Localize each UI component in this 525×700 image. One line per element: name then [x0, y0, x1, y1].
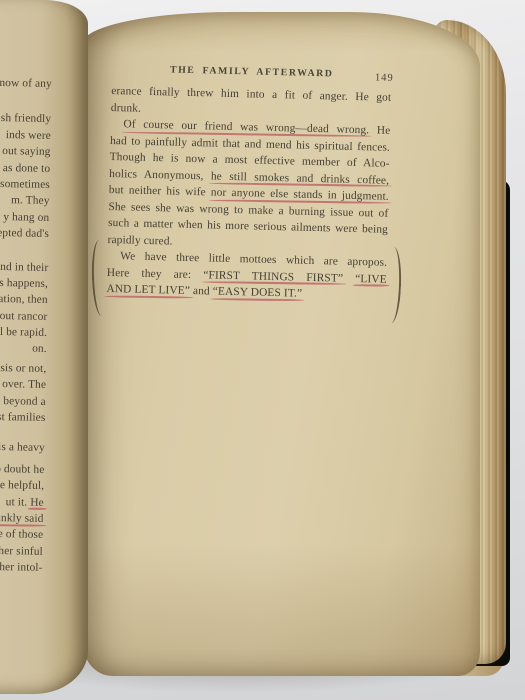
- red-underlined-text: frankly said: [0, 512, 44, 525]
- book-photo: now of any sh friendly inds were out say…: [0, 0, 525, 700]
- text-fragment: epted dad's: [0, 227, 49, 240]
- text-fragment: but neither his wife: [109, 184, 211, 198]
- text-fragment: drunk.: [111, 101, 141, 114]
- text-line: nd in their: [0, 257, 48, 276]
- text-line: o doubt he: [0, 459, 45, 478]
- text-fragment: l be rapid.: [0, 326, 47, 339]
- red-underlined-text: he still smokes and drinks coffee,: [211, 170, 389, 186]
- page-number: 149: [375, 70, 394, 87]
- text-line: sometimes: [0, 174, 50, 193]
- text-fragment: cation, then: [0, 293, 48, 306]
- red-underlined-text: Of course our friend was wrong—dead wron…: [123, 118, 369, 136]
- red-underlined-text: AND LET LIVE”: [106, 283, 190, 297]
- text-fragment: is happens,: [0, 277, 48, 290]
- text-fragment: out saying: [2, 145, 51, 158]
- text-line: frankly said: [0, 508, 44, 527]
- text-line: her intol-: [0, 557, 43, 576]
- text-fragment: y hang on: [3, 211, 49, 224]
- text-line: ne of those: [0, 525, 43, 544]
- text-line: ut it. He: [0, 492, 44, 511]
- text-line: asis or not,: [0, 358, 47, 377]
- text-fragment: He: [369, 124, 390, 137]
- chapter-title: THE FAMILY AFTERWARD: [170, 64, 334, 79]
- text-line: y hang on: [0, 207, 49, 226]
- text-fragment: on.: [32, 343, 47, 355]
- text-fragment: [343, 272, 355, 284]
- red-underlined-text: He: [30, 496, 44, 508]
- text-line: is happens,: [0, 273, 48, 292]
- text-fragment: m. They: [11, 195, 50, 208]
- text-fragment: ut it.: [6, 496, 31, 508]
- text-fragment: sh friendly: [1, 112, 52, 125]
- text-fragment: over. The: [2, 378, 46, 391]
- red-underlined-text: nor anyone else stands in judgment.: [211, 186, 389, 202]
- text-fragment: ne of those: [0, 528, 43, 541]
- text-line: out saying: [0, 142, 51, 161]
- text-fragment: s beyond a: [0, 395, 46, 408]
- text-line: ost families: [0, 407, 46, 426]
- text-line: m. They: [0, 191, 50, 210]
- text-fragment: and: [190, 285, 213, 298]
- text-fragment: ather sinful: [0, 545, 43, 558]
- text-fragment: be helpful,: [0, 479, 44, 492]
- text-fragment: Here they are:: [107, 266, 204, 280]
- text-line: l be rapid.: [0, 322, 47, 341]
- text-fragment: now of any: [0, 77, 52, 90]
- text-fragment: s is a heavy: [0, 441, 45, 454]
- text-fragment: nd in their: [0, 261, 48, 274]
- text-line: ather sinful: [0, 541, 43, 560]
- text-line: epted dad's: [0, 223, 49, 242]
- text-line: sh friendly: [0, 109, 51, 128]
- text-line: s beyond a: [0, 391, 46, 410]
- text-fragment: asis or not,: [0, 362, 46, 375]
- text-line: on.: [0, 339, 47, 358]
- red-underlined-text: “EASY DOES IT.”: [213, 286, 303, 300]
- red-underlined-text: “LIVE: [355, 273, 387, 286]
- text-line: over. The: [0, 375, 46, 394]
- right-page-text: THE FAMILY AFTERWARD 149 erance finally …: [106, 61, 392, 304]
- text-line: cation, then: [0, 290, 48, 309]
- text-fragment: rapidly cured.: [107, 233, 172, 247]
- text-fragment: as done to: [3, 162, 51, 175]
- text-fragment: ost families: [0, 411, 46, 424]
- text-fragment: sometimes: [0, 178, 50, 191]
- text-line: out rancor: [0, 306, 48, 325]
- text-fragment: holics Anonymous,: [109, 167, 211, 181]
- text-fragment: her intol-: [0, 561, 43, 574]
- text-fragment: inds were: [6, 129, 51, 142]
- text-line: as done to: [0, 158, 50, 177]
- text-line: s is a heavy: [0, 438, 45, 457]
- text-line: now of any: [0, 73, 52, 92]
- text-fragment: o doubt he: [0, 463, 45, 476]
- text-line: be helpful,: [0, 475, 44, 494]
- text-fragment: out rancor: [0, 310, 47, 323]
- red-underlined-text: “FIRST THINGS FIRST”: [203, 269, 343, 284]
- text-line: inds were: [0, 125, 51, 144]
